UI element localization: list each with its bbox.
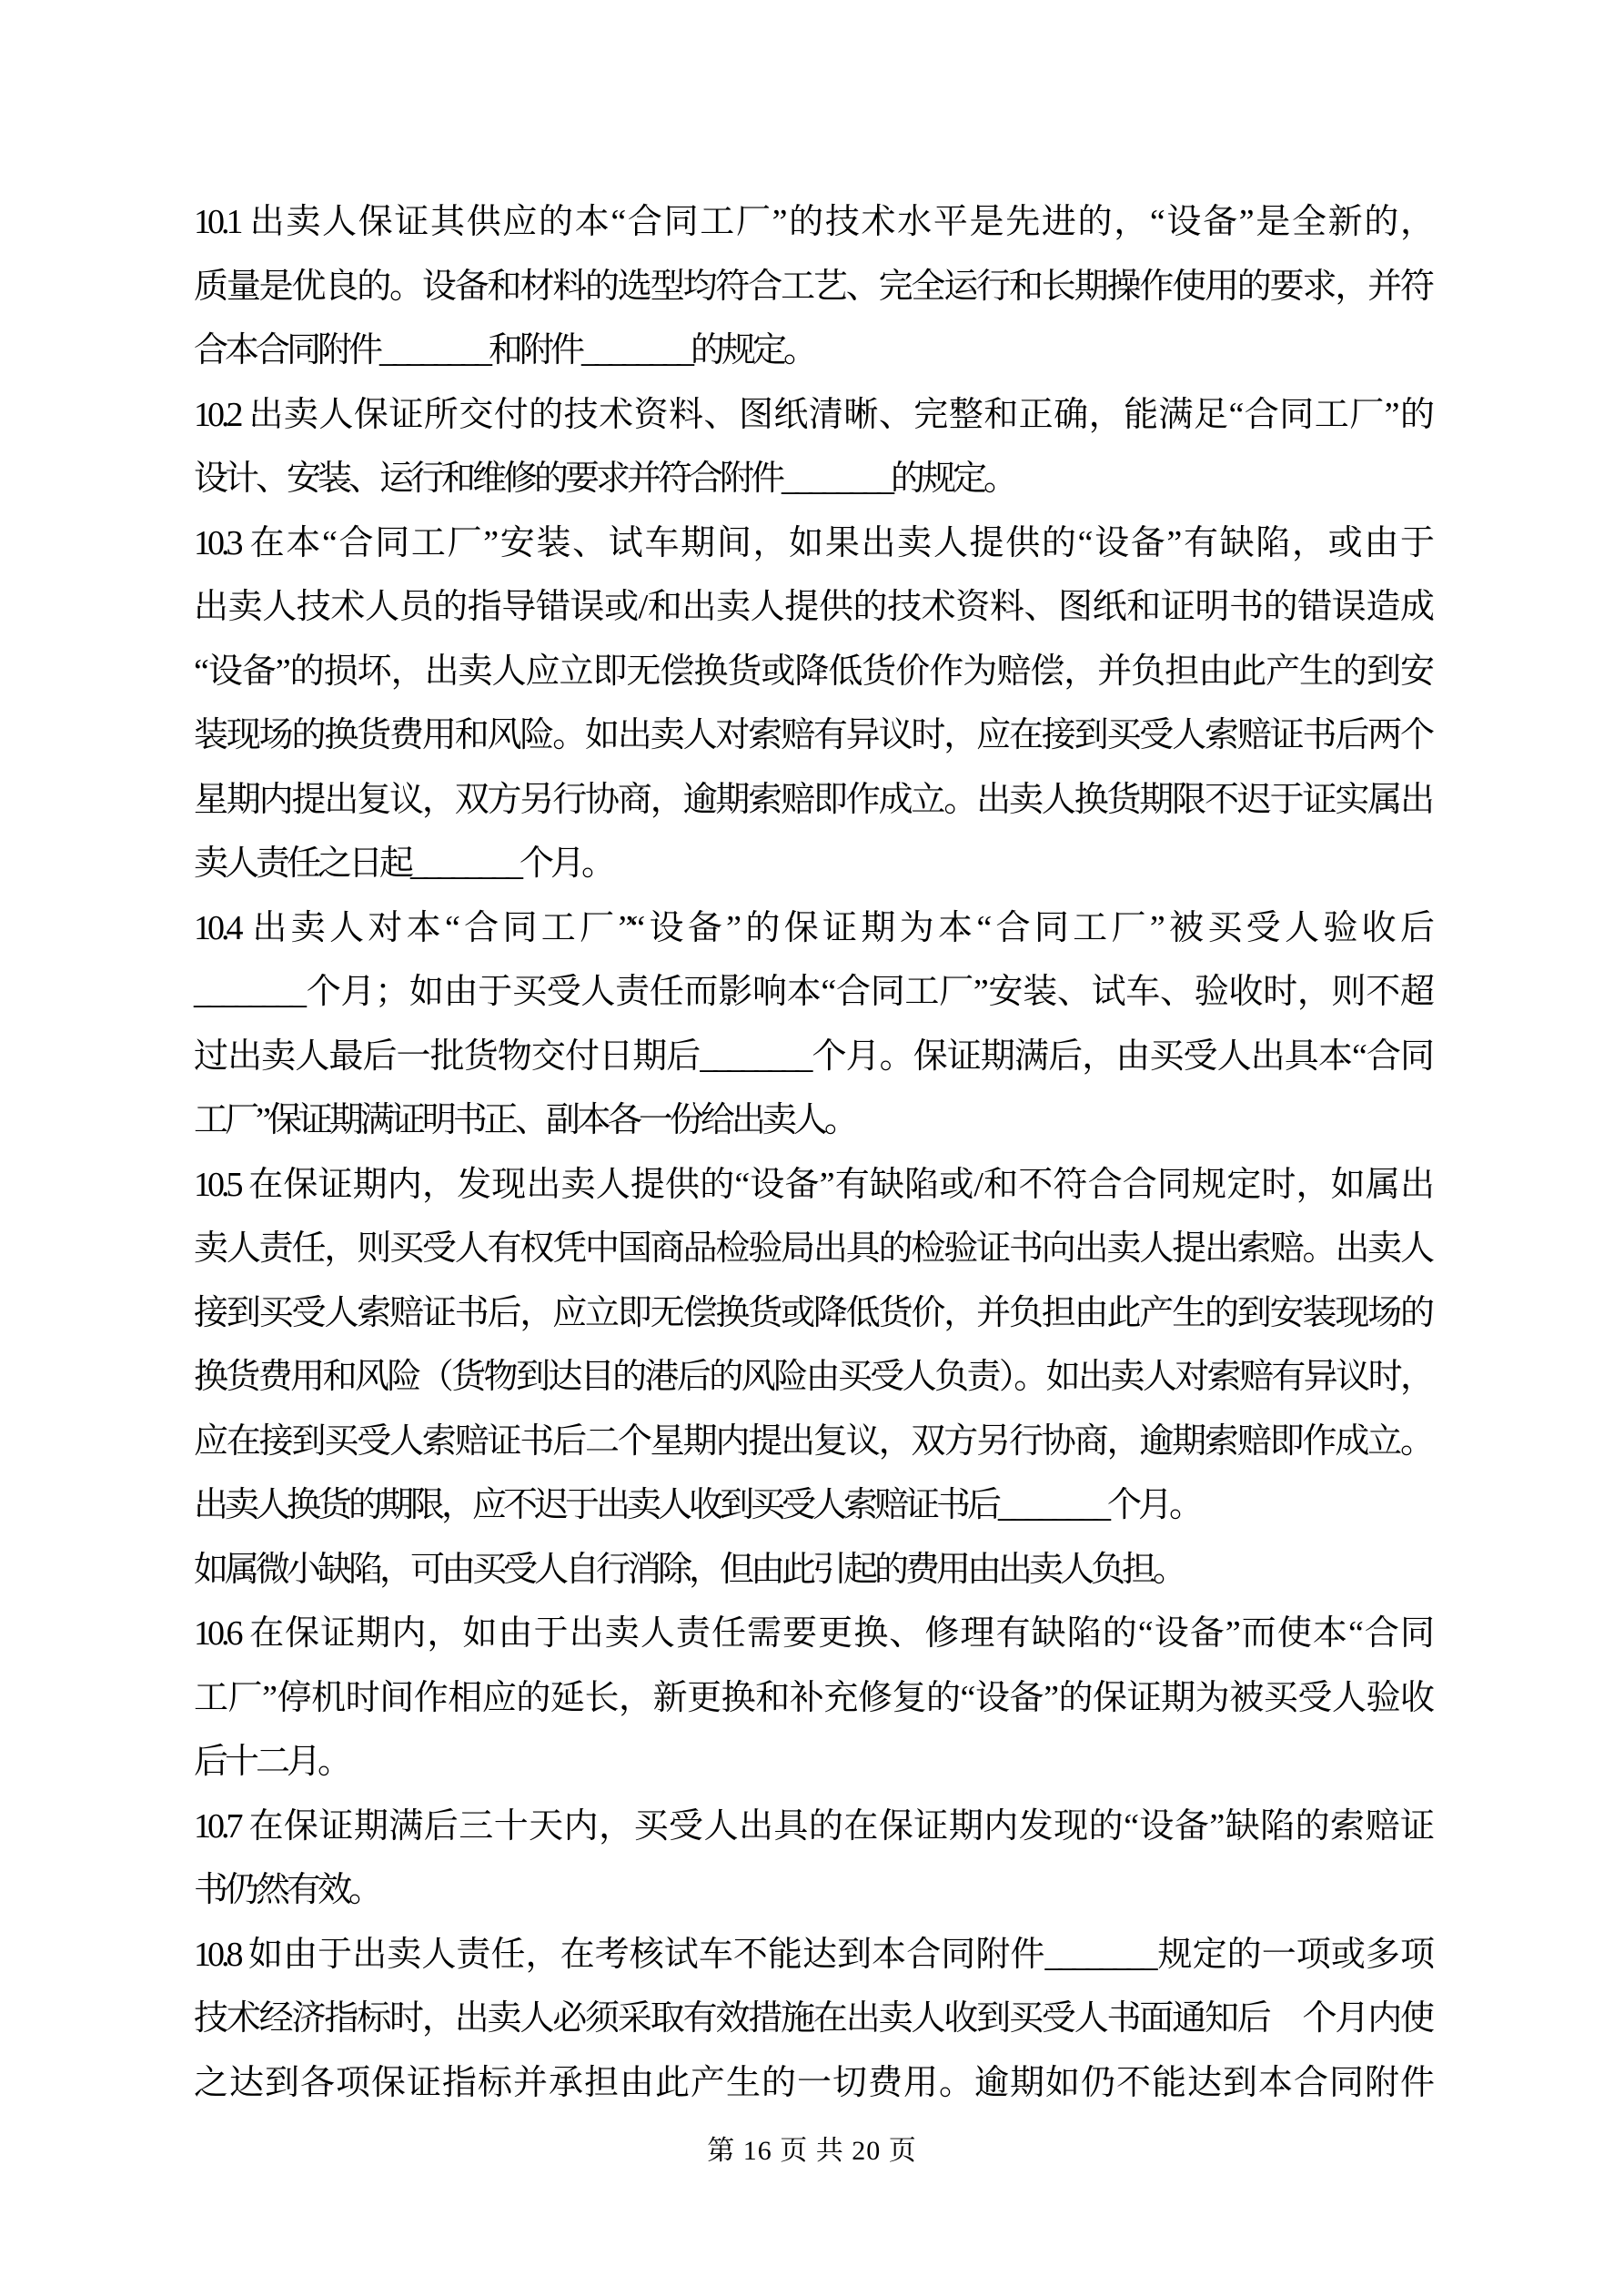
contract-body: 10.1 出卖人保证其供应的本“合同工厂”的技术水平是先进的，“设备”是全新的，… (194, 190, 1431, 2115)
clause-10-8: 10.8 如由于出卖人责任，在考核试车不能达到本合同附件________规定的一… (194, 1923, 1431, 2116)
text-line: 质量是优良的。设备和材料的选型均符合工艺、完全运行和长期操作使用的要求，并符 (194, 255, 1431, 319)
text-line: 卖人责任之日起________个月。 (194, 832, 1431, 896)
text-line: 换货费用和风险（货物到达目的港后的风险由买受人负责）。如出卖人对索赔有异议时， (194, 1345, 1431, 1410)
text-line: 10.5 在保证期内，发现出卖人提供的“设备”有缺陷或/和不符合合同规定时，如属… (194, 1153, 1431, 1218)
text-line: 装现场的换货费用和风险。如出卖人对索赔有异议时，应在接到买受人索赔证书后两个 (194, 703, 1431, 768)
text-line: 卖人责任，则买受人有权凭中国商品检验局出具的检验证书向出卖人提出索赔。出卖人 (194, 1217, 1431, 1281)
text-line: 10.3 在本“合同工厂”安装、试车期间，如果出卖人提供的“设备”有缺陷，或由于 (194, 511, 1431, 576)
text-line: 应在接到买受人索赔证书后二个星期内提出复议，双方另行协商，逾期索赔即作成立。 (194, 1410, 1431, 1474)
page-footer: 第 16 页 共 20 页 (0, 2128, 1624, 2168)
text-line: 10.6 在保证期内，如由于出卖人责任需要更换、修理有缺陷的“设备”而使本“合同 (194, 1602, 1431, 1666)
text-line: 接到买受人索赔证书后，应立即无偿换货或降低货价，并负担由此产生的到安装现场的 (194, 1281, 1431, 1346)
text-line: 过出卖人最后一批货物交付日期后________个月。保证期满后，由买受人出具本“… (194, 1025, 1431, 1089)
text-line: 技术经济指标时，出卖人必须采取有效措施在出卖人收到买受人书面通知后 个月内使 (194, 1987, 1431, 2051)
text-line: “设备”的损坏，出卖人应立即无偿换货或降低货价作为赔偿，并负担由此产生的到安 (194, 640, 1431, 704)
text-line: 工厂”保证期满证明书正、副本各一份给出卖人。 (194, 1088, 1431, 1153)
clause-note-minor-defects: 如属微小缺陷，可由买受人自行消除，但由此引起的费用由出卖人负担。 (194, 1538, 1431, 1603)
clause-10-2: 10.2 出卖人保证所交付的技术资料、图纸清晰、完整和正确，能满足“合同工厂”的… (194, 383, 1431, 511)
text-line: 10.1 出卖人保证其供应的本“合同工厂”的技术水平是先进的，“设备”是全新的， (194, 190, 1431, 255)
clause-10-7: 10.7 在保证期满后三十天内，买受人出具的在保证期内发现的“设备”缺陷的索赔证… (194, 1795, 1431, 1923)
text-line: 书仍然有效。 (194, 1858, 1431, 1923)
text-line: 出卖人换货的期限，应不迟于出卖人收到买受人索赔证书后________个月。 (194, 1473, 1431, 1538)
text-line: 如属微小缺陷，可由买受人自行消除，但由此引起的费用由出卖人负担。 (194, 1538, 1431, 1603)
clause-10-3: 10.3 在本“合同工厂”安装、试车期间，如果出卖人提供的“设备”有缺陷，或由于… (194, 511, 1431, 896)
text-line: 10.2 出卖人保证所交付的技术资料、图纸清晰、完整和正确，能满足“合同工厂”的 (194, 383, 1431, 448)
text-line: ________个月；如由于买受人责任而影响本“合同工厂”安装、试车、验收时，则… (194, 960, 1431, 1025)
text-line: 工厂”停机时间作相应的延长，新更换和补充修复的“设备”的保证期为被买受人验收 (194, 1666, 1431, 1731)
text-line: 10.8 如由于出卖人责任，在考核试车不能达到本合同附件________规定的一… (194, 1923, 1431, 1988)
clause-10-1: 10.1 出卖人保证其供应的本“合同工厂”的技术水平是先进的，“设备”是全新的，… (194, 190, 1431, 383)
text-line: 后十二月。 (194, 1730, 1431, 1795)
clause-10-5: 10.5 在保证期内，发现出卖人提供的“设备”有缺陷或/和不符合合同规定时，如属… (194, 1153, 1431, 1538)
text-line: 10.7 在保证期满后三十天内，买受人出具的在保证期内发现的“设备”缺陷的索赔证 (194, 1795, 1431, 1859)
text-line: 星期内提出复议，双方另行协商，逾期索赔即作成立。出卖人换货期限不迟于证实属出 (194, 768, 1431, 833)
document-page: 10.1 出卖人保证其供应的本“合同工厂”的技术水平是先进的，“设备”是全新的，… (0, 0, 1624, 2296)
text-line: 出卖人技术人员的指导错误或/和出卖人提供的技术资料、图纸和证明书的错误造成 (194, 575, 1431, 640)
text-line: 设计、安装、运行和维修的要求并符合附件________的规定。 (194, 447, 1431, 511)
text-line: 之达到各项保证指标并承担由此产生的一切费用。逾期如仍不能达到本合同附件 (194, 2051, 1431, 2116)
text-line: 10.4 出卖人对本“合同工厂”“设备”的保证期为本“合同工厂”被买受人验收后 (194, 896, 1431, 961)
clause-10-4: 10.4 出卖人对本“合同工厂”“设备”的保证期为本“合同工厂”被买受人验收后 … (194, 896, 1431, 1153)
clause-10-6: 10.6 在保证期内，如由于出卖人责任需要更换、修理有缺陷的“设备”而使本“合同… (194, 1602, 1431, 1795)
text-line: 合本合同附件________和附件________的规定。 (194, 319, 1431, 383)
